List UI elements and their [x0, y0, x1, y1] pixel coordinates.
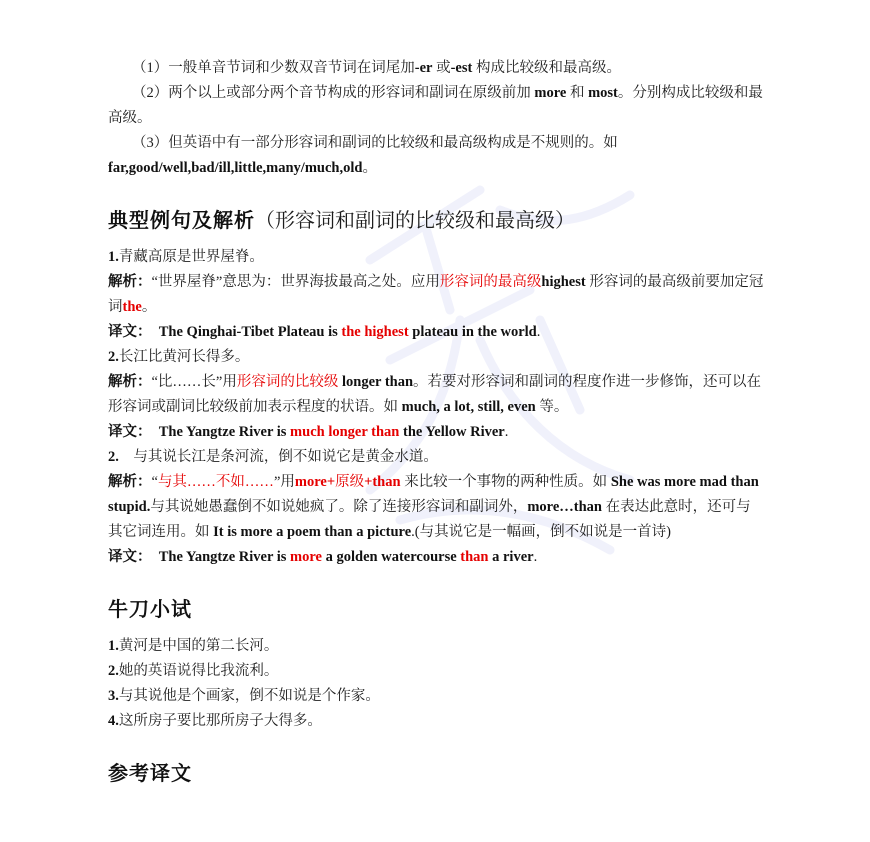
paragraph: 1.青藏高原是世界屋脊。 [108, 245, 764, 270]
text-segment: 与其说长江是条河流，倒不如说它是黄金水道。 [119, 449, 438, 465]
text-segment: 2. [108, 449, 119, 465]
text-segment: 与其说他是个画家，倒不如说是个作家。 [119, 688, 380, 704]
text-segment: 等。 [536, 399, 569, 415]
document-page: （1）一般单音节词和少数双音节词在词尾加-er 或-est 构成比较级和最高级。… [0, 0, 870, 842]
paragraph: 解析：“与其……不如……”用more+原级+than 来比较一个事物的两种性质。… [108, 470, 764, 545]
text-segment: longer than [342, 374, 413, 390]
paragraph: 2. 与其说长江是条河流，倒不如说它是黄金水道。 [108, 445, 764, 470]
text-segment: 解析： [108, 274, 152, 290]
text-segment: 她的英语说得比我流利。 [119, 663, 279, 679]
text-segment: the [123, 299, 142, 315]
text-segment: 。 [362, 160, 377, 176]
paragraph: （1）一般单音节词和少数双音节词在词尾加-er 或-est 构成比较级和最高级。 [108, 56, 764, 81]
paragraph: 译文： The Qinghai-Tibet Plateau is the hig… [108, 320, 764, 345]
text-segment: the Yellow River [399, 424, 504, 440]
text-segment: It is more a poem than a picture [213, 524, 411, 540]
text-segment: . [534, 549, 538, 565]
text-segment: 参考译文 [108, 763, 192, 785]
text-segment: plateau in the world [409, 324, 537, 340]
text-segment: 和 [566, 85, 588, 101]
text-segment: 形容词的最高级 [440, 274, 542, 290]
text-segment: far,good/well,bad/ill,little,many/much,o… [108, 160, 362, 176]
text-segment: 牛刀小试 [108, 599, 192, 621]
text-segment: 青藏高原是世界屋脊。 [119, 249, 264, 265]
text-segment: . [537, 324, 541, 340]
text-segment: 译文： [108, 424, 144, 440]
text-segment: 形容词的比较级 [237, 374, 339, 390]
text-segment: a river [489, 549, 534, 565]
text-segment: highest [541, 274, 585, 290]
text-segment: 构成比较级和最高级。 [472, 60, 621, 76]
text-segment: “世界屋脊”意思为：世界海拔最高之处。应用 [152, 274, 440, 290]
text-segment: most [588, 85, 618, 101]
section-heading: 典型例句及解析（形容词和副词的比较级和最高级） [108, 207, 764, 235]
text-segment: 解析： [108, 474, 152, 490]
text-segment: more [290, 549, 322, 565]
paragraph: （3）但英语中有一部分形容词和副词的比较级和最高级构成是不规则的。如 far,g… [108, 131, 764, 181]
text-segment: 译文： [108, 549, 144, 565]
paragraph: 3.与其说他是个画家，倒不如说是个作家。 [108, 684, 764, 709]
paragraph: 解析：“世界屋脊”意思为：世界海拔最高之处。应用形容词的最高级highest 形… [108, 270, 764, 320]
text-segment: 。 [142, 299, 157, 315]
text-segment: 3. [108, 688, 119, 704]
text-segment: 黄河是中国的第二长河。 [119, 638, 279, 654]
section-heading: 牛刀小试 [108, 596, 764, 624]
paragraph: 1.黄河是中国的第二长河。 [108, 634, 764, 659]
text-segment: 2. [108, 349, 119, 365]
text-segment: more…than [527, 499, 602, 515]
text-segment: The Qinghai-Tibet Plateau is [144, 324, 341, 340]
text-segment: ”用 [274, 474, 295, 490]
text-segment: 1. [108, 249, 119, 265]
text-segment: -er [415, 60, 433, 76]
text-segment: the highest [341, 324, 408, 340]
paragraph: 译文： The Yangtze River is much longer tha… [108, 420, 764, 445]
document-content: （1）一般单音节词和少数双音节词在词尾加-er 或-est 构成比较级和最高级。… [108, 56, 764, 798]
paragraph: 2.她的英语说得比我流利。 [108, 659, 764, 684]
paragraph: 译文： The Yangtze River is more a golden w… [108, 545, 764, 570]
text-segment: 译文： [108, 324, 144, 340]
text-segment: The Yangtze River is [144, 424, 290, 440]
text-segment: much, a lot, still, even [402, 399, 536, 415]
text-segment: 与其说她愚蠢倒不如说她疯了。除了连接形容词和副词外， [150, 499, 527, 515]
text-segment: more+ [295, 474, 335, 490]
text-segment: +than [364, 474, 400, 490]
text-segment: 长江比黄河长得多。 [119, 349, 250, 365]
text-segment: （2）两个以上或部分两个音节构成的形容词和副词在原级前加 [132, 85, 534, 101]
text-segment: .(与其说它是一幅画，倒不如说是一首诗) [411, 524, 671, 540]
text-segment: a golden watercourse [322, 549, 460, 565]
text-segment: 这所房子要比那所房子大得多。 [119, 713, 322, 729]
text-segment: 1. [108, 638, 119, 654]
text-segment: 4. [108, 713, 119, 729]
text-segment: （形容词和副词的比较级和最高级） [255, 210, 575, 232]
paragraph: （2）两个以上或部分两个音节构成的形容词和副词在原级前加 more 和 most… [108, 81, 764, 131]
text-segment: much longer than [290, 424, 399, 440]
text-segment: . [505, 424, 509, 440]
text-segment: more [534, 85, 566, 101]
paragraph: 2.长江比黄河长得多。 [108, 345, 764, 370]
text-segment: -est [451, 60, 473, 76]
text-segment: than [460, 549, 488, 565]
text-segment: 解析： [108, 374, 152, 390]
paragraph: 4.这所房子要比那所房子大得多。 [108, 709, 764, 734]
text-segment: 与其……不如…… [158, 474, 274, 490]
section-heading: 参考译文 [108, 760, 764, 788]
text-segment: （3）但英语中有一部分形容词和副词的比较级和最高级构成是不规则的。如 [132, 135, 618, 151]
text-segment: The Yangtze River is [144, 549, 290, 565]
text-segment: 原级 [335, 474, 364, 490]
paragraph: 解析：“比……长”用形容词的比较级 longer than。若要对形容词和副词的… [108, 370, 764, 420]
text-segment: 或 [432, 60, 450, 76]
text-segment: （1）一般单音节词和少数双音节词在词尾加 [132, 60, 415, 76]
text-segment: 典型例句及解析 [108, 210, 255, 232]
text-segment: 来比较一个事物的两种性质。如 [401, 474, 611, 490]
text-segment: “比……长”用 [152, 374, 237, 390]
text-segment: 2. [108, 663, 119, 679]
